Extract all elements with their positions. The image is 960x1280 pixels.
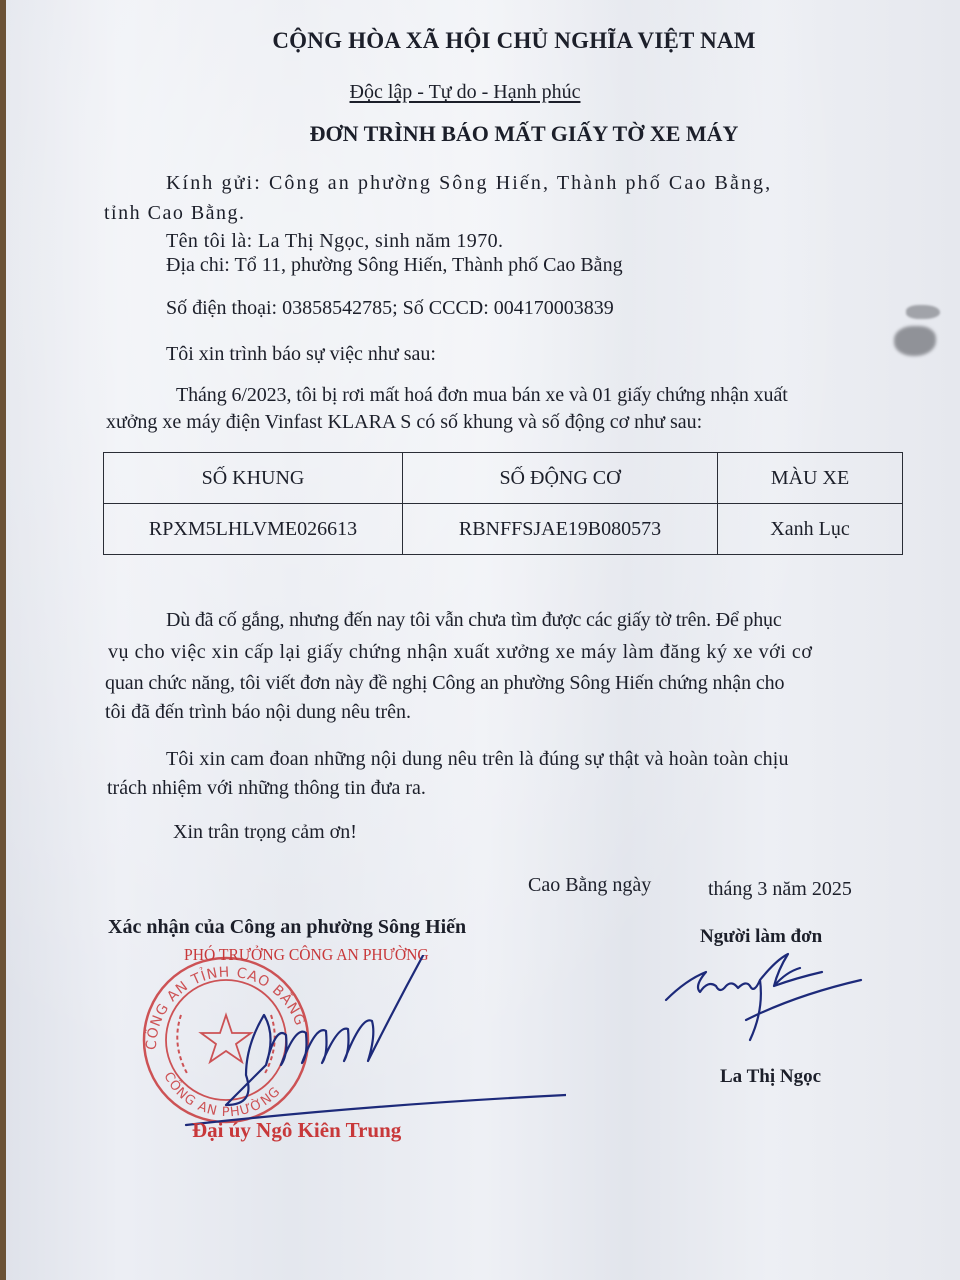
table-header-row: SỐ KHUNG SỐ ĐỘNG CƠ MÀU XE [104,453,903,504]
request-line: vụ cho việc xin cấp lại giấy chứng nhận … [108,641,812,664]
commitment-line: trách nhiệm với những thông tin đưa ra. [107,777,426,800]
police-stamp-and-signature: CÔNG AN TỈNH CAO BẰNG CÔNG AN PHƯỜNG S [126,955,566,1135]
date-place-day: Cao Bằng ngày [528,874,651,897]
officer-name: Đại úy Ngô Kiên Trung [192,1118,401,1143]
header-color: MÀU XE [718,453,903,504]
applicant-signature-icon [646,950,886,1050]
date-month-year: tháng 3 năm 2025 [708,878,852,901]
cell-engine-number: RBNFFSJAE19B080573 [403,504,718,555]
incident-line: Tháng 6/2023, tôi bị rơi mất hoá đơn mua… [176,384,788,407]
recipient-line-2: tỉnh Cao Bằng. [104,202,246,225]
paper-document: CỘNG HÒA XÃ HỘI CHỦ NGHĨA VIỆT NAM Độc l… [6,0,960,1280]
cell-color: Xanh Lục [718,504,903,555]
red-stamp-icon: CÔNG AN TỈNH CAO BẰNG CÔNG AN PHƯỜNG S [126,955,308,1122]
report-intro: Tôi xin trình báo sự việc như sau: [166,343,436,366]
header-engine-number: SỐ ĐỘNG CƠ [403,453,718,504]
nation-heading: CỘNG HÒA XÃ HỘI CHỦ NGHĨA VIỆT NAM [6,28,960,54]
request-line: Dù đã cố gắng, nhưng đến nay tôi vẫn chư… [166,609,782,632]
svg-text:CÔNG AN TỈNH CAO BẰNG: CÔNG AN TỈNH CAO BẰNG [143,964,308,1050]
applicant-signature-heading: Người làm đơn [700,926,822,948]
motto: Độc lập - Tự do - Hạnh phúc [6,81,924,104]
request-line: quan chức năng, tôi viết đơn này đề nghị… [105,672,784,695]
request-line: tôi đã đến trình báo nội dung nêu trên. [105,701,411,724]
header-frame-number: SỐ KHUNG [104,453,403,504]
incident-line: xưởng xe máy điện Vinfast KLARA S có số … [106,411,702,434]
cell-frame-number: RPXM5LHLVME026613 [104,504,403,555]
applicant-address: Địa chi: Tổ 11, phường Sông Hiến, Thành … [166,254,623,277]
stain-mark [906,305,940,319]
thanks-line: Xin trân trọng cảm ơn! [173,821,357,844]
applicant-name: Tên tôi là: La Thị Ngọc, sinh năm 1970. [166,230,503,253]
document-title: ĐƠN TRÌNH BÁO MẤT GIẤY TỜ XE MÁY [6,121,960,147]
police-confirmation-heading: Xác nhận của Công an phường Sông Hiến [108,916,466,939]
vehicle-table: SỐ KHUNG SỐ ĐỘNG CƠ MÀU XE RPXM5LHLVME02… [103,452,903,555]
commitment-line: Tôi xin cam đoan những nội dung nêu trên… [166,748,789,771]
applicant-printed-name: La Thị Ngọc [720,1066,821,1088]
table-row: RPXM5LHLVME026613 RBNFFSJAE19B080573 Xan… [104,504,903,555]
stain-mark [894,326,936,356]
applicant-contact: Số điện thoại: 03858542785; Số CCCD: 004… [166,297,614,320]
recipient-line: Kính gửi: Công an phường Sông Hiến, Thàn… [166,172,772,195]
